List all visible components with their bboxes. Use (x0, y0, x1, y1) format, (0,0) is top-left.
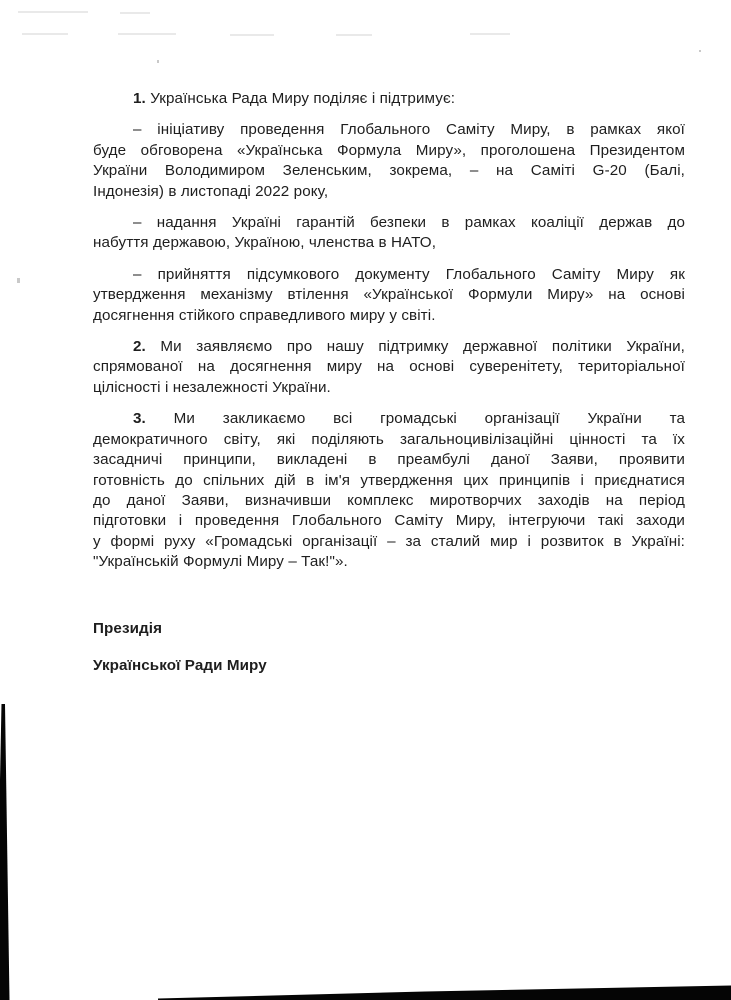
paragraph-1: 1. Українська Рада Миру поділяє і підтри… (93, 89, 685, 109)
text-line: – ініціативу проведення Глобального Самі… (93, 120, 685, 140)
signature-title: Президія (93, 619, 685, 639)
scan-speck (230, 34, 274, 36)
paragraph-2: – ініціативу проведення Глобального Самі… (93, 120, 685, 202)
text-line: підготовки і проведення Глобального Самі… (93, 511, 685, 531)
list-number: 2. (133, 338, 146, 355)
text-line: демократичного світу, які поділяють зага… (93, 430, 685, 450)
paragraph-4: – прийняття підсумкового документу Глоба… (93, 265, 685, 326)
scan-speck (336, 34, 372, 36)
scan-speck (18, 11, 88, 13)
text-line: 2. Ми заявляємо про нашу підтримку держа… (93, 337, 685, 357)
text-line: у формі руху «Громадські організації – з… (93, 532, 685, 552)
paragraph-text: Українська Рада Миру поділяє і підтримує… (150, 90, 455, 107)
text-line: – прийняття підсумкового документу Глоба… (93, 265, 685, 285)
scan-speck (22, 33, 68, 35)
text-line: спрямованої на досягнення миру на основі… (93, 357, 685, 377)
text-line: – надання Україні гарантій безпеки в рам… (93, 213, 685, 233)
paragraph-text: Ми заявляємо про нашу підтримку державно… (160, 338, 685, 355)
text-line: "Українській Формулі Миру – Так!"». (93, 552, 685, 572)
scan-speck (699, 50, 701, 52)
scan-speck (120, 12, 150, 14)
scan-speck (157, 60, 159, 63)
text-line: до даної Заяви, визначивши комплекс миро… (93, 491, 685, 511)
text-line: буде обговорена «Українська Формула Миру… (93, 141, 685, 161)
scan-speck (17, 278, 20, 283)
scan-speck (470, 33, 510, 35)
document-text: 1. Українська Рада Миру поділяє і підтри… (0, 0, 731, 1000)
text-line: України Володимиром Зеленським, зокрема,… (93, 161, 685, 181)
text-line: досягнення стійкого справедливого миру у… (93, 306, 685, 326)
text-line: 1. Українська Рада Миру поділяє і підтри… (93, 89, 685, 109)
paragraph-6: 3. Ми закликаємо всі громадські організа… (93, 409, 685, 572)
text-line: засадничі принципи, викладені в преамбул… (93, 450, 685, 470)
paragraph-5: 2. Ми заявляємо про нашу підтримку держа… (93, 337, 685, 398)
text-line: утвердження механізму втілення «Українсь… (93, 285, 685, 305)
text-line: набуття державою, Україною, членства в Н… (93, 233, 685, 253)
signature-org: Української Ради Миру (93, 656, 685, 676)
text-line: цілісності і незалежності України. (93, 378, 685, 398)
scan-speck (118, 33, 176, 35)
text-line: Індонезія) в листопаді 2022 року, (93, 182, 685, 202)
scanned-document-page: 1. Українська Рада Миру поділяє і підтри… (0, 0, 731, 1000)
list-number: 3. (133, 410, 146, 427)
text-line: готовність до спільних дій в ім'я утверд… (93, 471, 685, 491)
text-line: 3. Ми закликаємо всі громадські організа… (93, 409, 685, 429)
list-number: 1. (133, 90, 146, 107)
paragraph-text: Ми закликаємо всі громадські організації… (174, 410, 685, 427)
paragraph-3: – надання Україні гарантій безпеки в рам… (93, 213, 685, 254)
